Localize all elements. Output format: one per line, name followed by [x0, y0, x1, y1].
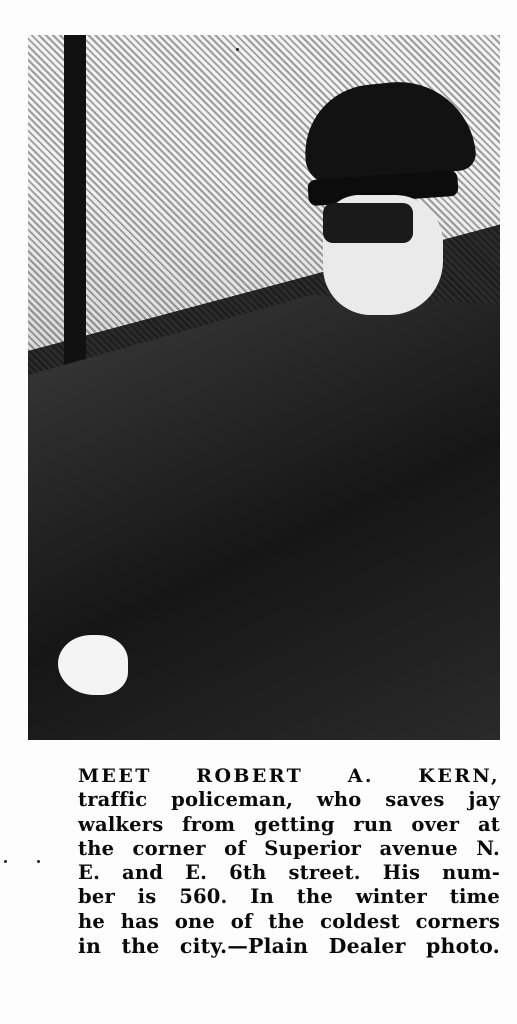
face — [323, 195, 443, 315]
print-speck — [4, 860, 7, 863]
caption-line: the corner of Superior avenue N. — [78, 837, 500, 861]
print-speck — [37, 860, 40, 863]
gloved-hand — [58, 635, 128, 695]
policeman-photo — [28, 35, 500, 740]
caption-line: in the city.—Plain Dealer photo. — [78, 934, 500, 958]
caption-line: E. and E. 6th street. His num- — [78, 861, 500, 885]
caption-line: traffic policeman, who saves jay — [78, 788, 500, 812]
photo-caption: MEET ROBERT A. KERN, traffic policeman, … — [78, 764, 500, 958]
caption-line: he has one of the coldest corners — [78, 910, 500, 934]
caption-line: walkers from getting run over at — [78, 813, 500, 837]
caption-line: MEET ROBERT A. KERN, — [78, 764, 500, 788]
traffic-pole — [64, 35, 86, 415]
print-speck — [236, 48, 239, 51]
caption-line: ber is 560. In the winter time — [78, 885, 500, 909]
newspaper-clipping: MEET ROBERT A. KERN, traffic policeman, … — [0, 0, 517, 1024]
